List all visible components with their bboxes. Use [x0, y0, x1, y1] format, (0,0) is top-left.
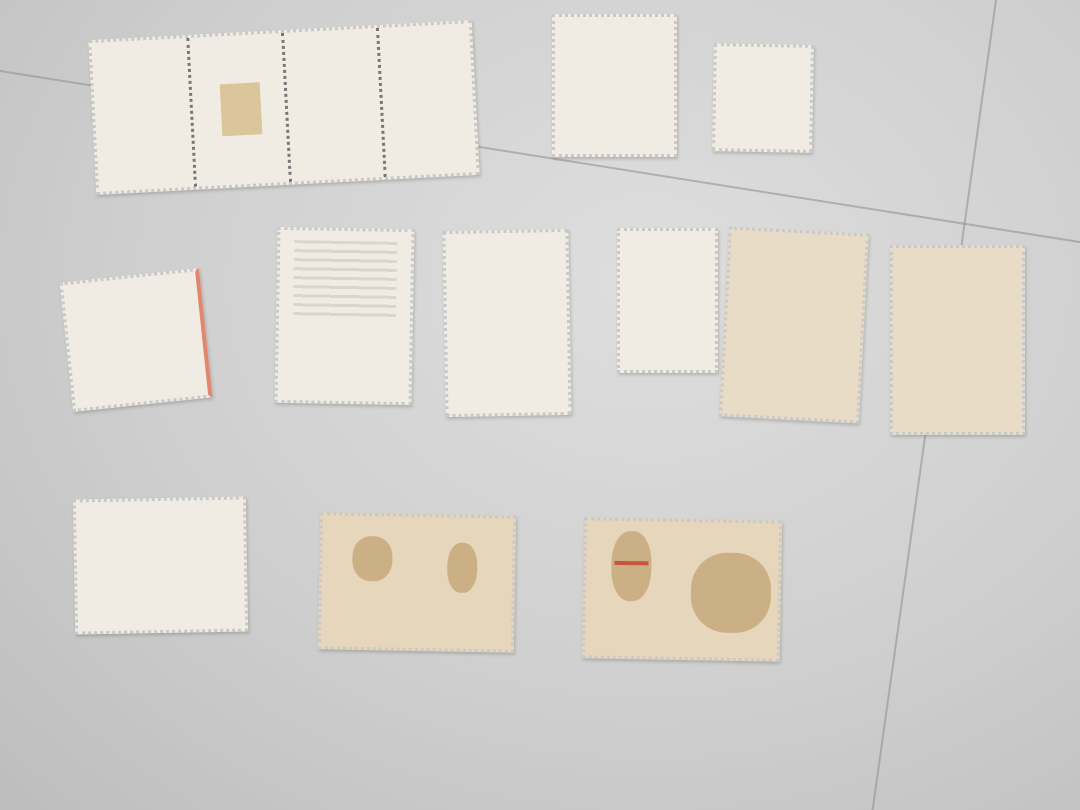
stain: [447, 543, 478, 594]
printed-text-lines: [293, 240, 397, 322]
stamp-row2-3: [442, 229, 571, 417]
stamp-hinge: [220, 82, 263, 136]
stamp-strip-of-four: [88, 20, 480, 195]
stain: [690, 552, 771, 633]
stamp-row2-2-printed-back: [274, 227, 414, 405]
stamp-row3-3-stained: [582, 517, 782, 661]
stamp-row2-5: [719, 226, 869, 423]
stamp-top-right: [712, 43, 814, 153]
stamp-row2-4: [617, 228, 718, 373]
stamp-top-middle: [552, 14, 677, 157]
stain: [611, 531, 652, 602]
red-mark: [614, 561, 648, 566]
perforation: [376, 28, 387, 177]
stamp-row2-6: [890, 245, 1025, 435]
stamp-row2-1: [60, 268, 213, 412]
perforation: [281, 33, 292, 182]
stamp-row3-1: [73, 497, 248, 635]
stain: [352, 536, 393, 582]
perforation: [186, 38, 197, 187]
stamp-row3-2-stained: [318, 512, 516, 652]
